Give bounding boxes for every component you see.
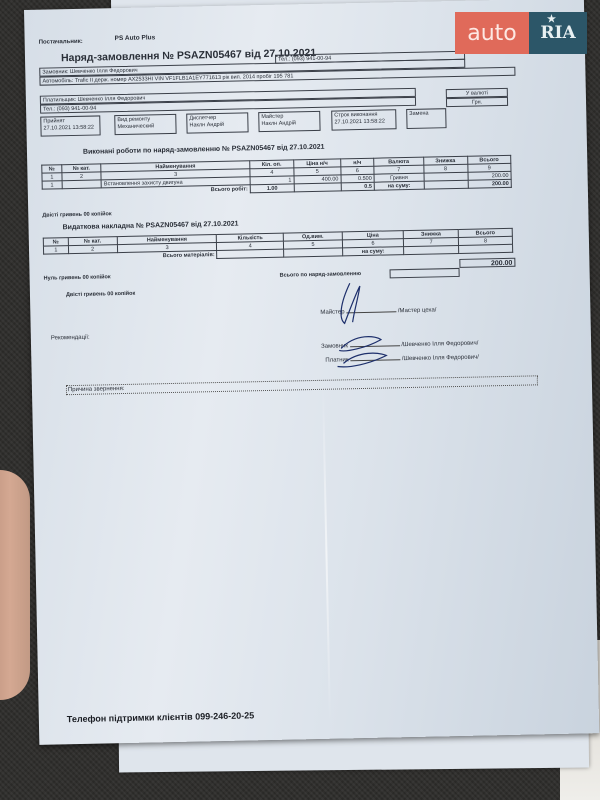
- supplier-label: Постачальник:: [39, 39, 83, 46]
- master-signature: [330, 278, 371, 329]
- info-box-value: 27.10.2021 13:58:22: [43, 124, 97, 132]
- materials-table: №№ кат.НайменуванняКількістьОд.вим.ЦінаЗ…: [43, 228, 513, 263]
- watermark-ria: ★ RIA: [529, 12, 587, 54]
- currency-value-text: Грн.: [472, 99, 482, 105]
- paper-fold: [322, 384, 331, 724]
- works-total-empty: [294, 183, 341, 192]
- grand-total-empty: [390, 268, 460, 278]
- star-icon: ★: [547, 14, 556, 25]
- info-box-label: Замена: [409, 110, 443, 117]
- works-title: Виконані роботи по наряд-замовленню № PS…: [83, 144, 325, 156]
- materials-sum-label: на суму:: [342, 247, 404, 256]
- currency-value: Грн.: [446, 97, 508, 107]
- materials-total-qty: [217, 249, 284, 258]
- supplier-name: PS Auto Plus: [115, 34, 156, 42]
- recommendations-label: Рекомендації:: [51, 335, 90, 342]
- info-box-value: 27.10.2021 13:58:22: [334, 118, 393, 126]
- work-order-document: Постачальник: PS Auto Plus Наряд-замовле…: [24, 0, 599, 745]
- support-phone: Телефон підтримки клієнтів 099-246-20-25: [67, 710, 255, 724]
- payer-phone-text: Тел.: (093) 941-00-94: [43, 106, 96, 113]
- materials-amount-words: Нуль гривень 00 копійок: [44, 274, 111, 281]
- info-box: ДиспетчерНаклн Андрій: [186, 112, 248, 133]
- works-sum-empty: [424, 180, 468, 189]
- materials-total-unit: [284, 248, 343, 257]
- info-box: МайстерНаклн Андрій: [258, 111, 320, 132]
- auto-ria-watermark: auto ★ RIA: [455, 12, 587, 54]
- customer-phone-text: Тел.: (093) 941-00-94: [278, 56, 331, 63]
- works-sum-value: 200.00: [468, 179, 511, 188]
- materials-sum-value: [459, 244, 513, 253]
- works-total-qty: 1.00: [250, 184, 294, 193]
- works-sum-label: на суму:: [374, 181, 424, 190]
- master-role: /Мастер цеха/: [398, 307, 437, 314]
- info-box-value: Наклн Андрій: [261, 119, 317, 127]
- info-box-value: Наклн Андрій: [189, 121, 245, 129]
- info-box-value: Механический: [117, 122, 173, 130]
- customer-sign-name: /Шевченко Ілля Федорович/: [401, 341, 478, 349]
- info-box: Замена: [406, 108, 446, 129]
- info-box: Прийнят27.10.2021 13:58:22: [40, 115, 100, 136]
- info-box: Вид ремонтуМеханический: [114, 114, 176, 135]
- grand-total-value-text: 200.00: [491, 260, 513, 267]
- info-box: Строк виконання27.10.2021 13:58:22: [331, 109, 396, 130]
- grand-total-words: Двісті гривень 00 копійок: [66, 291, 135, 298]
- works-total-hours: 0.5: [341, 182, 374, 191]
- currency-label-text: У валюті: [466, 90, 488, 96]
- materials-title: Видаткова накладна № PSAZN05467 від 27.1…: [62, 221, 238, 232]
- vehicle-text: Автомобіль: Trafic II держ. номер AX2533…: [42, 73, 293, 84]
- customer-signature: [331, 327, 392, 373]
- reason-field: [66, 375, 538, 395]
- watermark-ria-text: RIA: [540, 23, 575, 43]
- grand-total-value: 200.00: [459, 258, 515, 268]
- watermark-auto: auto: [455, 12, 529, 54]
- payer-sign-name: /Шевченко Ілля Федорович/: [402, 355, 479, 363]
- works-table: №№ кат.НайменуванняКіл. оп.Ціна н/чн/чВа…: [41, 155, 512, 198]
- works-amount-words: Двісті гривень 00 копійок: [42, 211, 111, 218]
- holding-finger: [0, 470, 30, 700]
- materials-discount-empty: [404, 245, 459, 254]
